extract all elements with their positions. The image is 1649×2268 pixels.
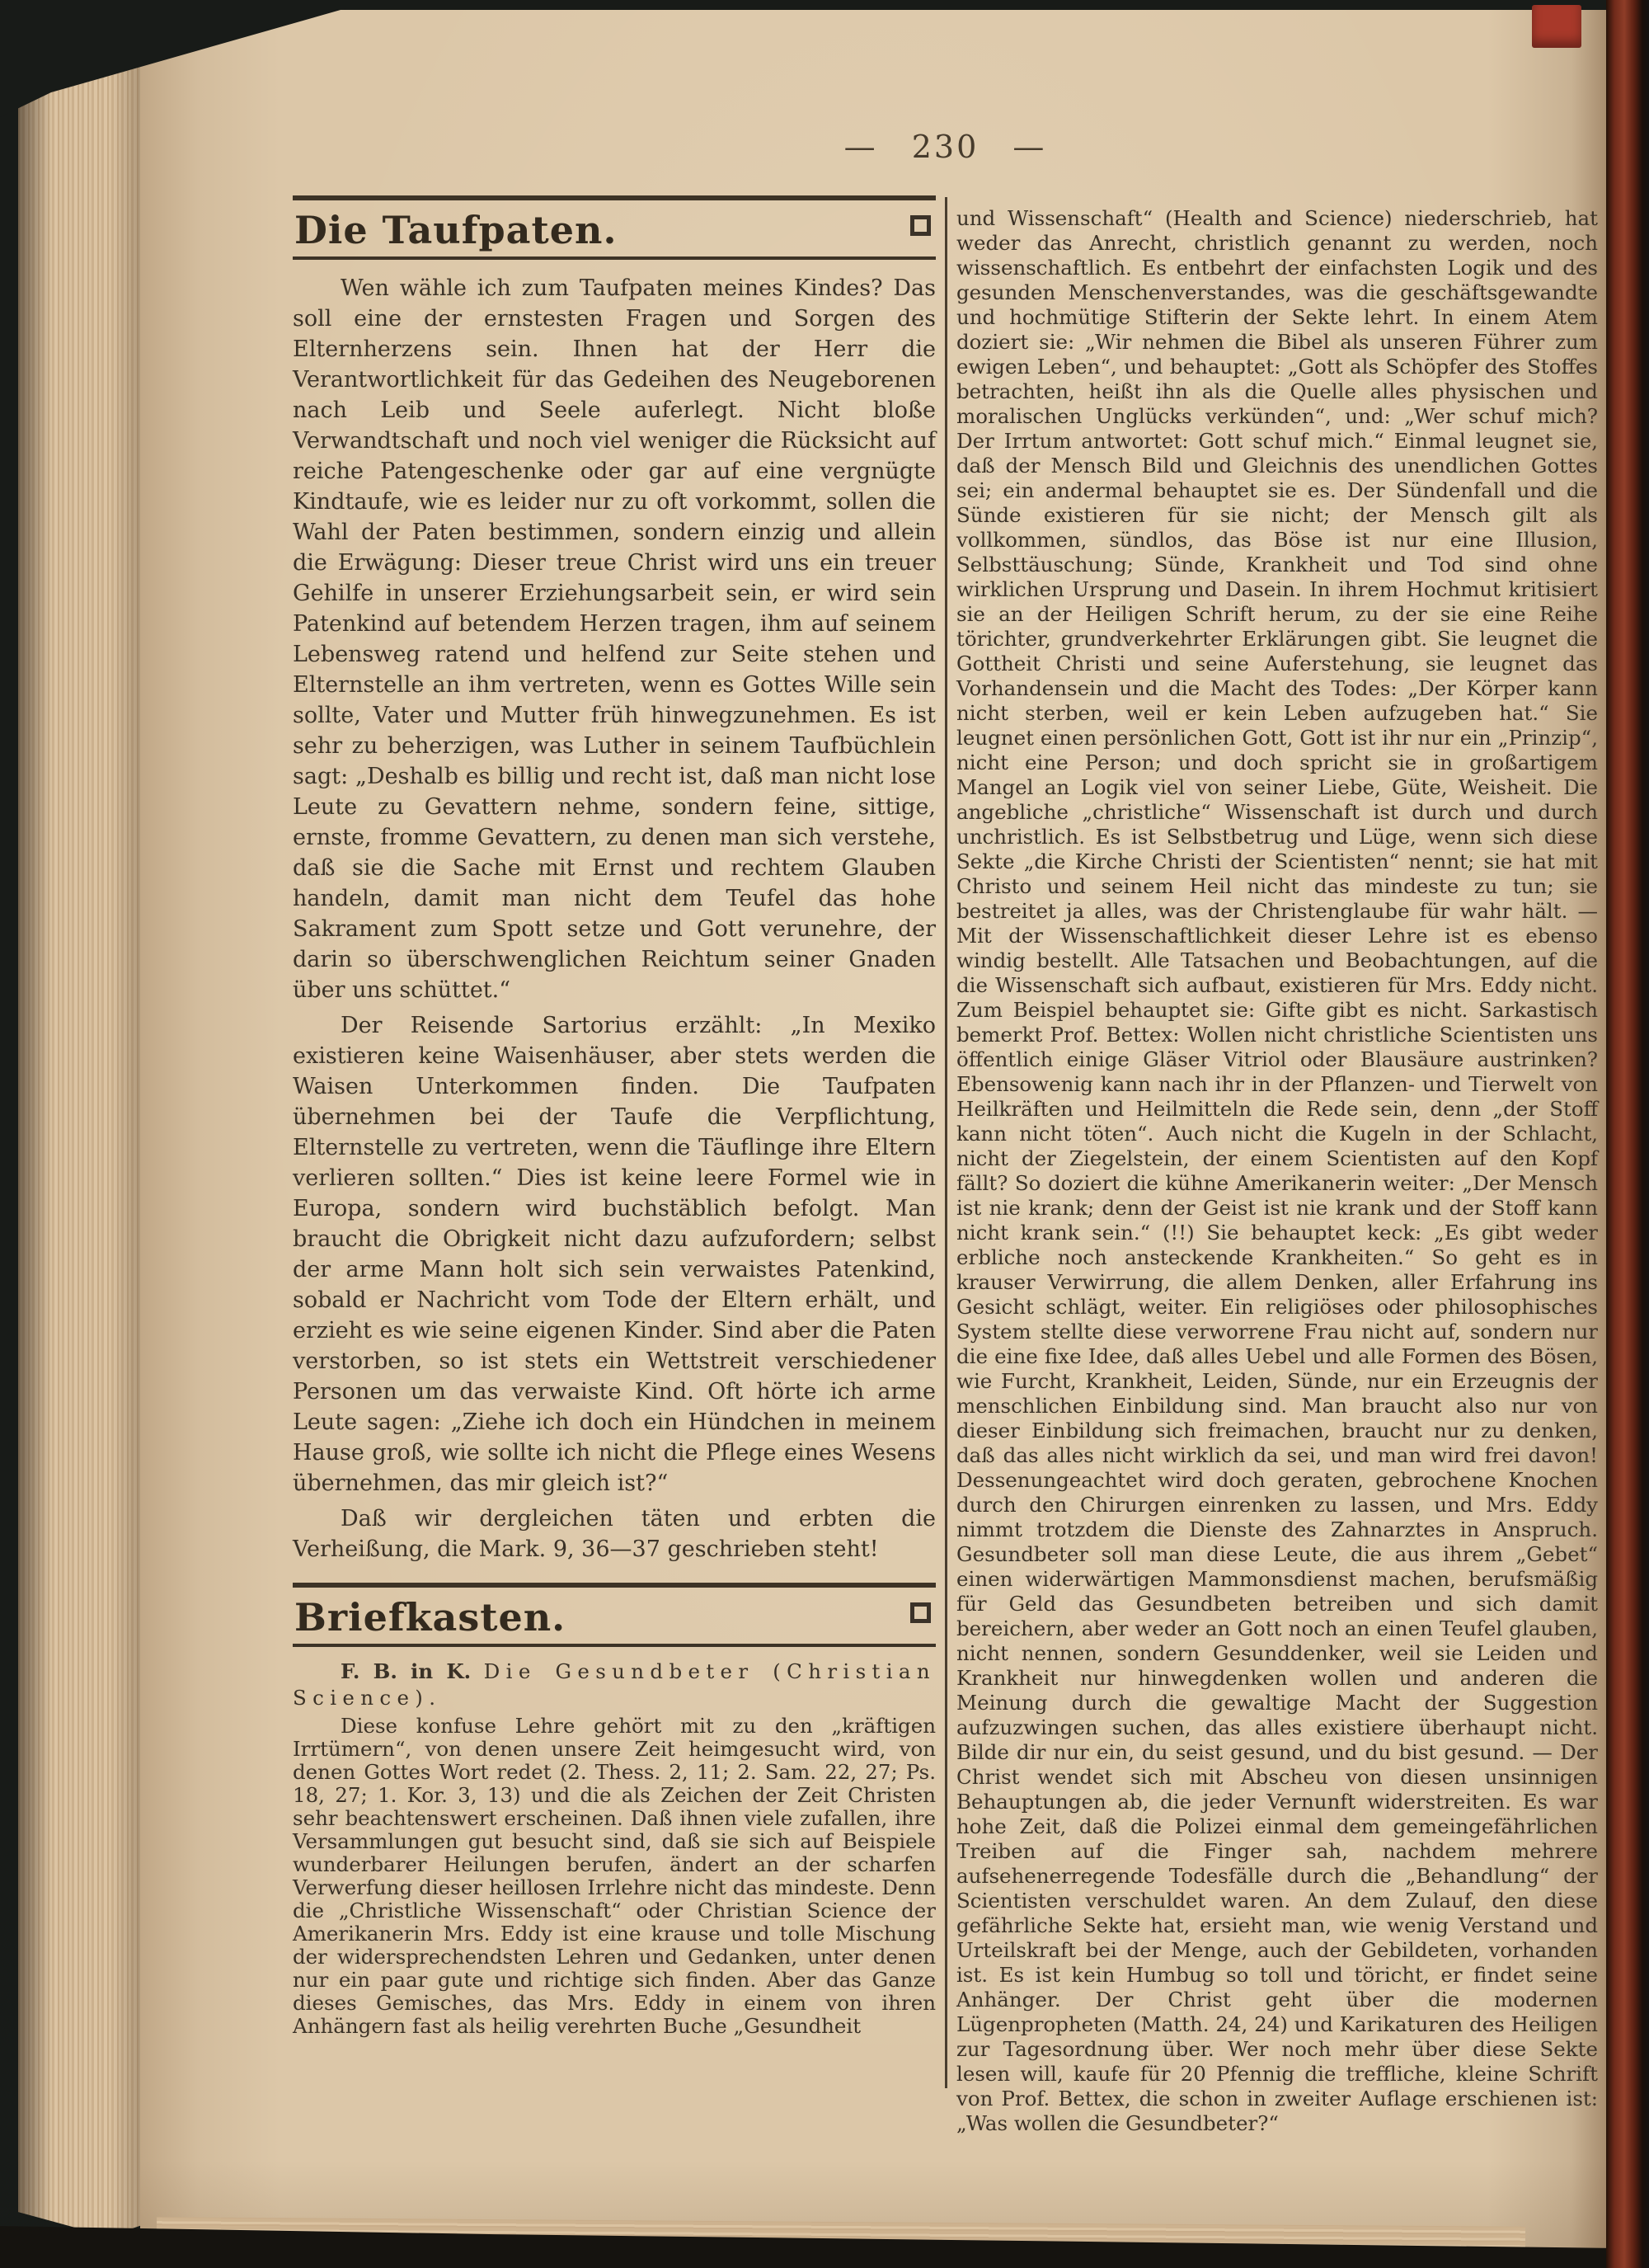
section-heading-briefkasten: Briefkasten. — [293, 1583, 936, 1647]
heading-rule-bottom — [293, 256, 936, 260]
heading-rule-bottom — [293, 1644, 936, 1647]
heading-row: Die Taufpaten. — [293, 200, 936, 256]
taufpaten-paragraph-2: Der Reisende Sartorius erzählt: „In Mexi… — [293, 1010, 936, 1499]
square-ornament-icon — [910, 1602, 931, 1623]
section-heading-taufpaten: Die Taufpaten. — [293, 195, 936, 260]
article-taufpaten: Die Taufpaten. Wen wähle ich zum Taufpat… — [293, 195, 936, 1565]
article-title-briefkasten: Briefkasten. — [294, 1596, 566, 1639]
taufpaten-paragraph-1: Wen wähle ich zum Taufpaten meines Kinde… — [293, 273, 936, 1005]
heading-row: Briefkasten. — [293, 1588, 936, 1644]
top-shadow — [0, 0, 1649, 8]
reply-sender: F. B. in K. — [341, 1659, 471, 1683]
text-columns: Die Taufpaten. Wen wähle ich zum Taufpat… — [293, 195, 1598, 2136]
book-page: — 230 — Die Taufpaten. Wen wähle ich zum… — [140, 10, 1611, 2268]
left-column: Die Taufpaten. Wen wähle ich zum Taufpat… — [293, 195, 936, 2136]
right-column: und Wissenschaft“ (Health and Science) n… — [956, 195, 1598, 2136]
book-scan-photo: — 230 — Die Taufpaten. Wen wähle ich zum… — [0, 0, 1649, 2268]
briefkasten-left-column-text: Diese konfuse Lehre gehört mit zu den „k… — [293, 1715, 936, 2038]
article-briefkasten: Briefkasten. F. B. in K. Die Gesundbeter… — [293, 1583, 936, 2038]
taufpaten-paragraph-3: Daß wir dergleichen täten und erbten die… — [293, 1503, 936, 1565]
square-ornament-icon — [910, 215, 931, 236]
red-cover-corner — [1532, 5, 1581, 48]
article-title-taufpaten: Die Taufpaten. — [294, 209, 617, 252]
book-cover-edge — [1606, 0, 1649, 2268]
page-number: — 230 — — [293, 129, 1598, 165]
column-divider-rule — [945, 197, 947, 2088]
briefkasten-right-column-text: und Wissenschaft“ (Health and Science) n… — [956, 206, 1598, 2136]
briefkasten-reply-heading: F. B. in K. Die Gesundbeter (Christian S… — [293, 1659, 936, 1711]
book-page-edges-left — [18, 0, 147, 2268]
